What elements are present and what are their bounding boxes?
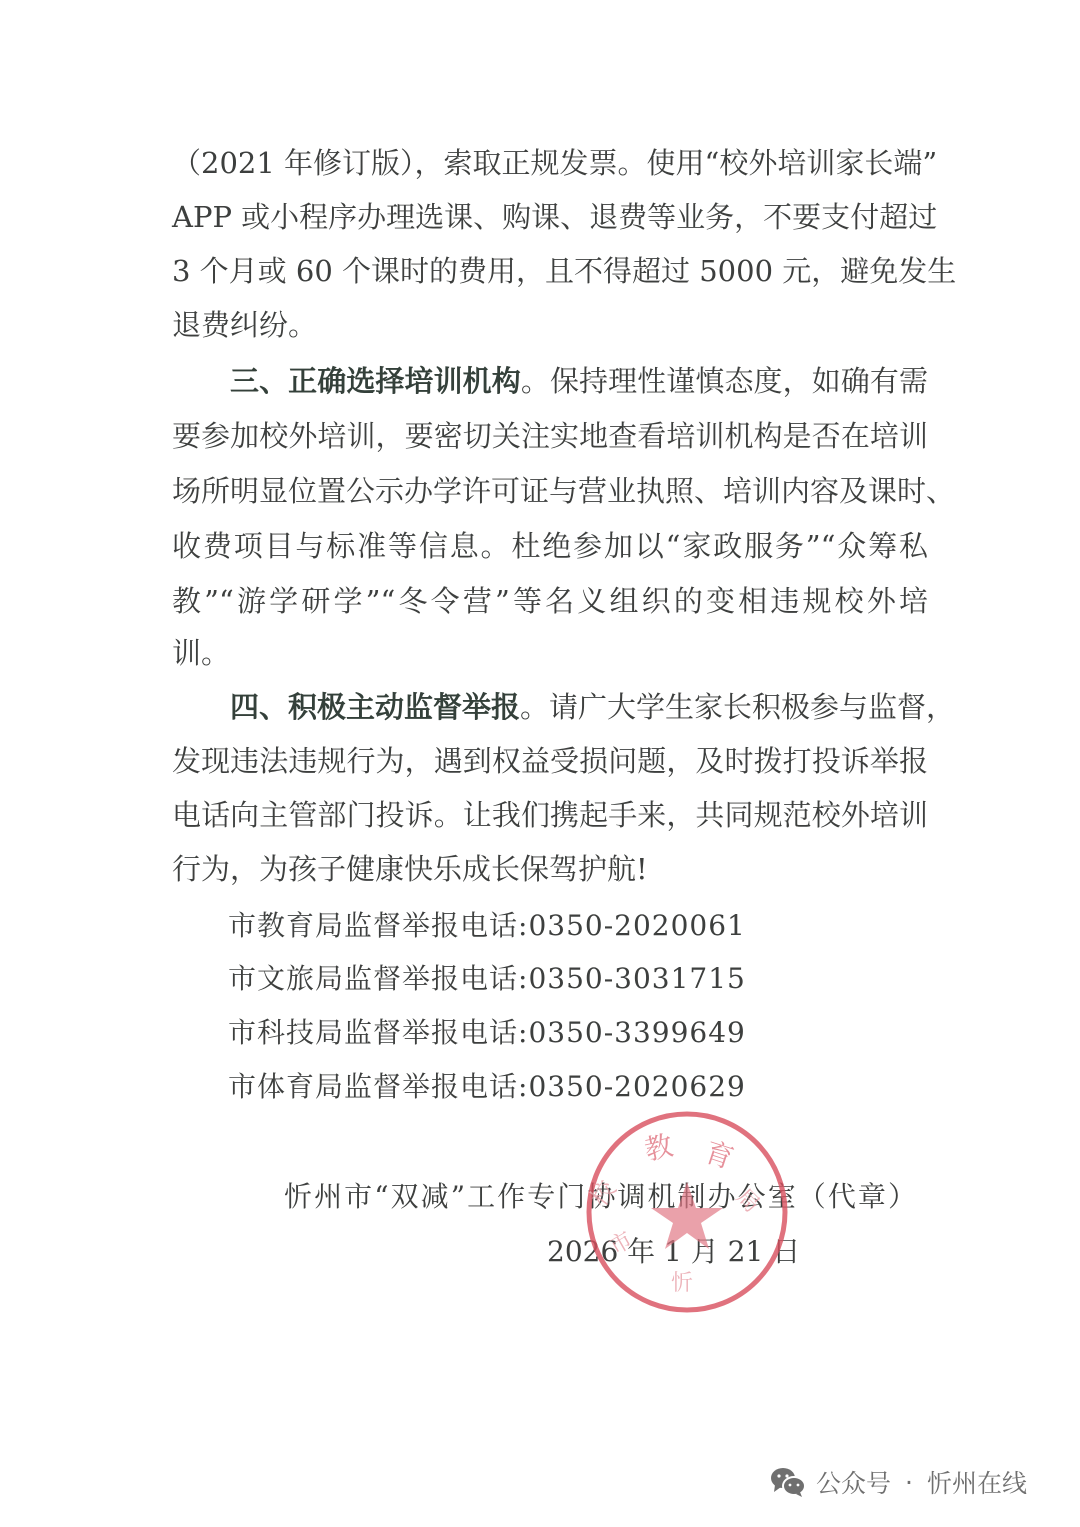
paragraph-line: 退费纠纷。 <box>172 308 928 342</box>
watermark-account: 忻州在线 <box>927 1464 1027 1500</box>
paragraph-line: 3 个月或 60 个课时的费用，且不得超过 5000 元，避免发生 <box>172 254 928 288</box>
hotline-sports: 市体育局监督举报电话:0350-2020629 <box>228 1070 708 1104</box>
wechat-watermark: 公众号 · 忻州在线 <box>770 1462 1027 1502</box>
section-4-first-line: 四、积极主动监督举报。请广大学生家长积极参与监督， <box>230 690 928 724</box>
document-page: （2021 年修订版），索取正规发票。使用“校外培训家长端” APP 或小程序办… <box>0 0 1080 1527</box>
issue-date: 2026 年 1 月 21 日 <box>547 1235 772 1269</box>
section-3-first-line-text: 。保持理性谨慎态度，如确有需 <box>521 364 928 398</box>
hotline-number: 0350-3399649 <box>528 1016 745 1049</box>
hotline-label: 市体育局监督举报电话: <box>228 1070 528 1103</box>
hotline-number: 0350-3031715 <box>528 962 745 995</box>
section-4-first-line-text: 。请广大学生家长积极参与监督， <box>520 690 955 724</box>
svg-text:育: 育 <box>701 1135 738 1175</box>
signature: 忻州市“双减”工作专门协调机制办公室（代章） <box>284 1180 916 1214</box>
section-4-heading: 四、积极主动监督举报 <box>230 690 520 724</box>
hotline-number: 0350-2020061 <box>528 909 745 942</box>
section-3-line: 场所明显位置公示办学许可证与营业执照、培训内容及课时、 <box>172 474 928 508</box>
section-4-line: 发现违法违规行为，遇到权益受损问题，及时拨打投诉举报 <box>172 744 928 778</box>
section-4-line: 电话向主管部门投诉。让我们携起手来，共同规范校外培训 <box>172 798 928 832</box>
section-4-line: 行为，为孩子健康快乐成长保驾护航! <box>172 852 928 886</box>
svg-text:忻: 忻 <box>671 1271 693 1296</box>
paragraph-line: APP 或小程序办理选课、购课、退费等业务，不要支付超过 <box>172 200 928 234</box>
section-3-first-line: 三、正确选择培训机构。保持理性谨慎态度，如确有需 <box>230 364 928 398</box>
wechat-icon <box>770 1467 806 1497</box>
hotline-label: 市科技局监督举报电话: <box>228 1016 528 1049</box>
paragraph-line: （2021 年修订版），索取正规发票。使用“校外培训家长端” <box>172 146 928 180</box>
hotline-label: 市教育局监督举报电话: <box>228 909 528 942</box>
section-3-line: 训。 <box>172 636 928 670</box>
hotline-culture-tourism: 市文旅局监督举报电话:0350-3031715 <box>228 962 708 996</box>
watermark-separator: · <box>905 1468 913 1497</box>
svg-text:教: 教 <box>642 1129 676 1167</box>
hotline-number: 0350-2020629 <box>528 1070 745 1103</box>
hotline-science-tech: 市科技局监督举报电话:0350-3399649 <box>228 1016 708 1050</box>
watermark-label: 公众号 <box>816 1464 891 1500</box>
hotline-education: 市教育局监督举报电话:0350-2020061 <box>228 909 708 943</box>
hotline-label: 市文旅局监督举报电话: <box>228 962 528 995</box>
section-3-line: 要参加校外培训，要密切关注实地查看培训机构是否在培训 <box>172 419 928 453</box>
section-3-line: 收费项目与标准等信息。杜绝参加以“家政服务”“众筹私 <box>172 529 928 563</box>
section-3-line: 教”“游学研学”“冬令营”等名义组织的变相违规校外培 <box>172 584 928 618</box>
section-3-heading: 三、正确选择培训机构 <box>230 364 521 398</box>
